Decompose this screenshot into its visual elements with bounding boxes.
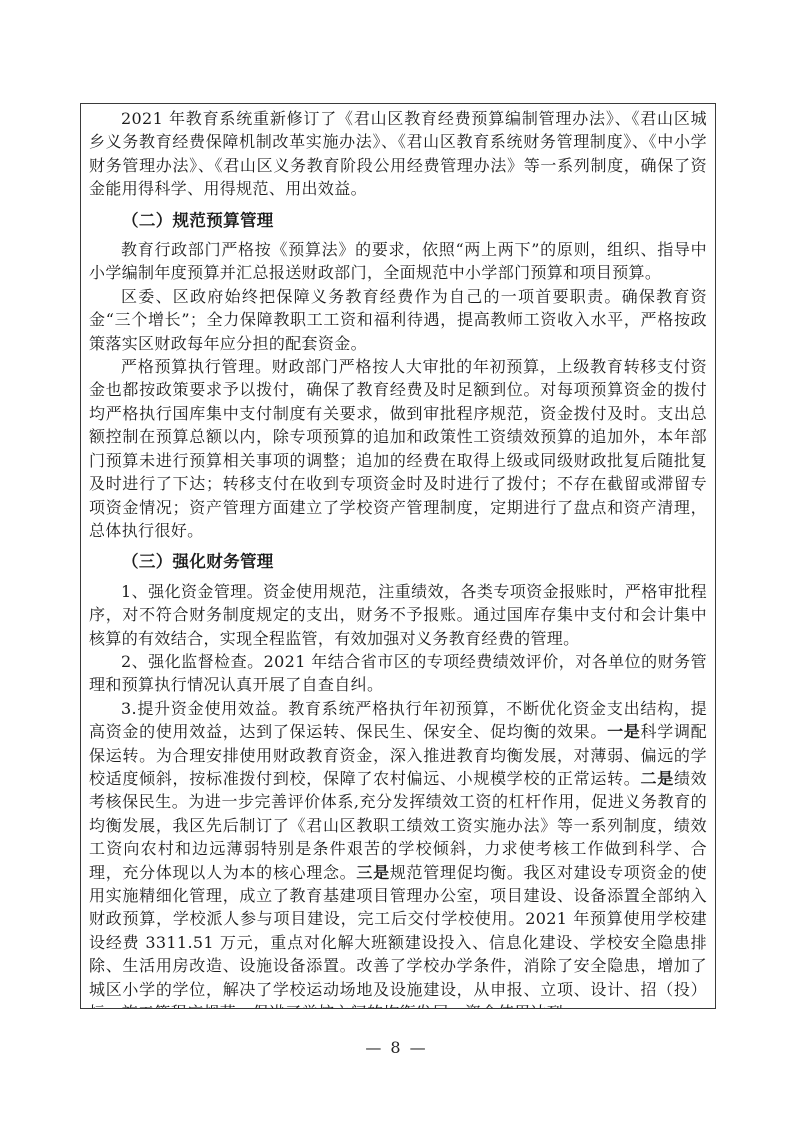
document-text-box: 2021 年教育系统重新修订了《君山区教育经费预算编制管理办法》、《君山区城乡义…	[80, 103, 716, 1009]
document-page: 2021 年教育系统重新修订了《君山区教育经费预算编制管理办法》、《君山区城乡义…	[0, 0, 793, 1122]
text-run: 1、强化资金管理。资金使用规范，注重绩效，各类专项资金报账时，严格审批程序，对不…	[89, 582, 707, 648]
paragraph: 区委、区政府始终把保障义务教育经费作为自己的一项首要职责。确保教育资金“三个增长…	[89, 285, 707, 355]
text-run: 教育行政部门严格按《预算法》的要求，依照“两上两下”的原则，组织、指导中小学编制…	[89, 240, 707, 282]
section-heading: （二）规范预算管理	[89, 209, 707, 232]
paragraph: 教育行政部门严格按《预算法》的要求，依照“两上两下”的原则，组织、指导中小学编制…	[89, 238, 707, 285]
emphasis-run: 二是	[641, 769, 674, 788]
paragraph: 2021 年教育系统重新修订了《君山区教育经费预算编制管理办法》、《君山区城乡义…	[89, 107, 707, 201]
page-number: — 8 —	[0, 1038, 793, 1057]
section-heading: （三）强化财务管理	[89, 550, 707, 573]
paragraph: 严格预算执行管理。财政部门严格按人大审批的年初预算，上级教育转移支付资金也都按政…	[89, 355, 707, 542]
text-run: 2、强化监督检查。2021 年结合省市区的专项经费绩效评价，对各单位的财务管理和…	[89, 652, 707, 694]
emphasis-run: 三是	[356, 863, 389, 882]
text-run: 规范管理促均衡。我区对建设专项资金的使用实施精细化管理，成立了教育基建项目管理办…	[89, 863, 707, 1009]
text-run: 区委、区政府始终把保障义务教育经费作为自己的一项首要职责。确保教育资金“三个增长…	[89, 287, 707, 353]
paragraph: 3.提升资金使用效益。教育系统严格执行年初预算，不断优化资金支出结构，提高资金的…	[89, 697, 707, 1009]
text-run: 严格预算执行管理。财政部门严格按人大审批的年初预算，上级教育转移支付资金也都按政…	[89, 357, 707, 540]
text-run: 2021 年教育系统重新修订了《君山区教育经费预算编制管理办法》、《君山区城乡义…	[89, 109, 707, 198]
emphasis-run: 一是	[607, 722, 640, 741]
paragraph: 2、强化监督检查。2021 年结合省市区的专项经费绩效评价，对各单位的财务管理和…	[89, 650, 707, 697]
paragraph: 1、强化资金管理。资金使用规范，注重绩效，各类专项资金报账时，严格审批程序，对不…	[89, 580, 707, 650]
